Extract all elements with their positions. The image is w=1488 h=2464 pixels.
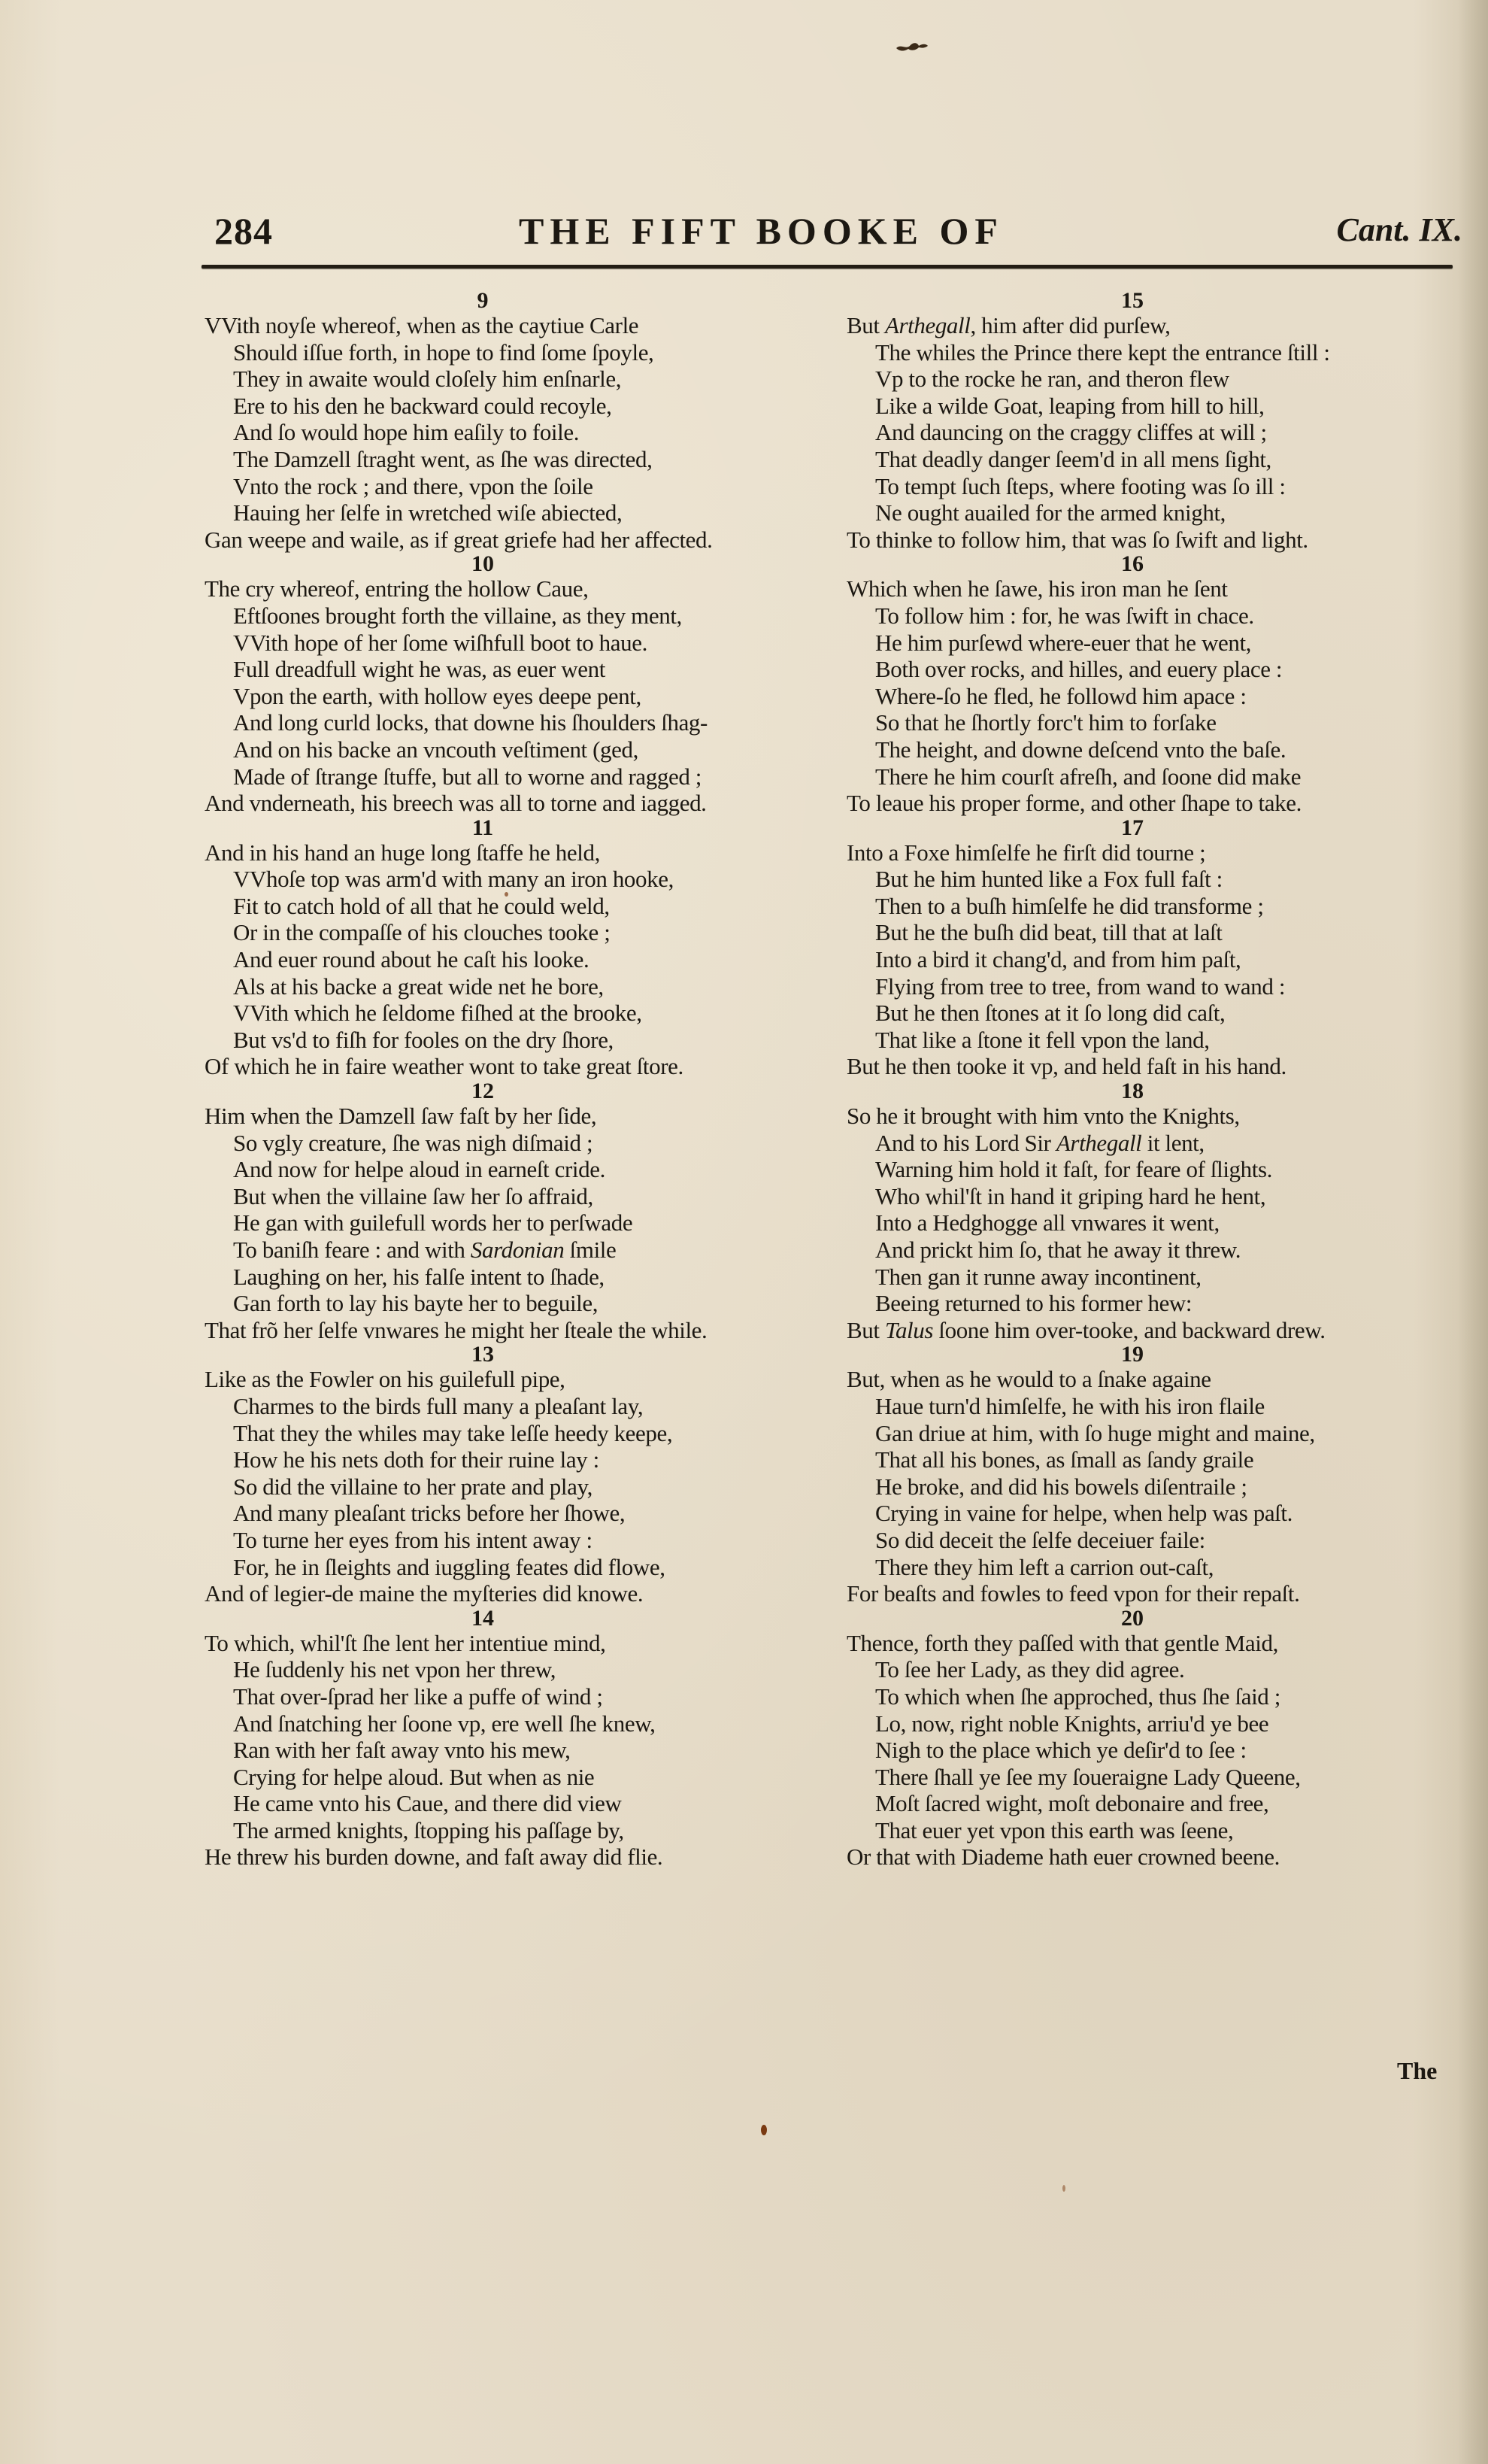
verse-line: Or in the compaſſe of his clouches tooke… <box>205 919 806 946</box>
verse-line: Or that with Diademe hath euer crowned b… <box>847 1843 1463 1871</box>
verse-line: To which when ſhe approched, thus ſhe ſa… <box>847 1683 1463 1710</box>
verse-line: And of legier-de maine the myſteries did… <box>205 1580 806 1607</box>
verse-line: Vp to the rocke he ran, and theron flew <box>847 366 1463 393</box>
verse-line: Flying from tree to tree, from wand to w… <box>847 973 1463 1000</box>
verse-line: Where-ſo he fled, he followd him apace : <box>847 683 1463 710</box>
verse-line: Beeing returned to his former hew: <box>847 1290 1463 1317</box>
verse-line: But he then tooke it vp, and held faſt i… <box>847 1053 1463 1080</box>
verse-line: That all his bones, as ſmall as ſandy gr… <box>847 1446 1463 1473</box>
verse-line: But, when as he would to a ſnake againe <box>847 1366 1463 1393</box>
verse-line: So did the villaine to her prate and pla… <box>205 1473 806 1501</box>
verse-line: Haue turn'd himſelfe, he with his iron f… <box>847 1393 1463 1420</box>
stanza: 16Which when he ſawe, his iron man he ſe… <box>847 553 1463 816</box>
verse-line: Crying in vaine for helpe, when help was… <box>847 1500 1463 1527</box>
stanza-number: 11 <box>205 817 806 839</box>
verse-line: The armed knights, ſtopping his paſſage … <box>205 1817 806 1844</box>
verse-line: And vnderneath, his breech was all to to… <box>205 790 806 817</box>
verse-line: He gan with guilefull words her to perſw… <box>205 1209 806 1237</box>
stanza-number: 13 <box>205 1343 806 1366</box>
verse-line: To which, whil'ſt ſhe lent her intentiue… <box>205 1630 806 1657</box>
stanza-number: 19 <box>847 1343 1463 1366</box>
stanza: 15But Arthegall, him after did purſew,Th… <box>847 290 1463 553</box>
verse-line: VVhoſe top was arm'd with many an iron h… <box>205 866 806 893</box>
stanza-number: 9 <box>205 290 806 312</box>
verse-line: And on his backe an vncouth veſtiment (g… <box>205 736 806 763</box>
verse-line: But when the villaine ſaw her ſo affraid… <box>205 1183 806 1210</box>
verse-line: Gan driue at him, with ſo huge might and… <box>847 1420 1463 1447</box>
left-column: 9VVith noyſe whereof, when as the caytiu… <box>205 290 806 1871</box>
page-number: 284 <box>214 209 273 253</box>
stanza-number: 10 <box>205 553 806 575</box>
stanza: 19But, when as he would to a ſnake again… <box>847 1343 1463 1607</box>
verse-line: And ſnatching her ſoone vp, ere well ſhe… <box>205 1710 806 1737</box>
verse-line: So that he ſhortly forc't him to forſake <box>847 709 1463 736</box>
verse-line: They in awaite would cloſely him enſnarl… <box>205 366 806 393</box>
verse-line: Into a Hedghogge all vnwares it went, <box>847 1209 1463 1237</box>
verse-line: To leaue his proper forme, and other ſha… <box>847 790 1463 817</box>
italic-name: Talus <box>885 1317 933 1343</box>
verse-line: So vgly creature, ſhe was nigh diſmaid ; <box>205 1130 806 1157</box>
verse-line: Which when he ſawe, his iron man he ſent <box>847 575 1463 602</box>
stanza-number: 18 <box>847 1080 1463 1103</box>
verse-line: Hauing her ſelfe in wretched wiſe abiect… <box>205 499 806 526</box>
verse-line: For, he in ſleights and iuggling feates … <box>205 1554 806 1581</box>
stanza: 11And in his hand an huge long ſtaffe he… <box>205 817 806 1080</box>
catchword: The <box>1397 2057 1437 2085</box>
verse-line: But Arthegall, him after did purſew, <box>847 312 1463 339</box>
verse-line: There they him left a carrion out-caſt, <box>847 1554 1463 1581</box>
stanza-number: 15 <box>847 290 1463 312</box>
verse-line: Like as the Fowler on his guilefull pipe… <box>205 1366 806 1393</box>
verse-line: But Talus ſoone him over-tooke, and back… <box>847 1317 1463 1344</box>
verse-line: Moſt ſacred wight, moſt debonaire and fr… <box>847 1790 1463 1817</box>
verse-line: There he him courſt afreſh, and ſoone di… <box>847 763 1463 790</box>
verse-line: And euer round about he caſt his looke. <box>205 946 806 973</box>
running-header: 284 THE FIFT BOOKE OF Cant. IX. <box>214 209 1462 254</box>
verse-line: And long curld locks, that downe his ſho… <box>205 709 806 736</box>
verse-line: He ſuddenly his net vpon her threw, <box>205 1656 806 1683</box>
verse-line: That they the whiles may take leſſe heed… <box>205 1420 806 1447</box>
foxing-spot <box>1062 2185 1065 2192</box>
verse-line: Ne ought auailed for the armed knight, <box>847 499 1463 526</box>
verse-line: And to his Lord Sir Arthegall it lent, <box>847 1130 1463 1157</box>
stanza-number: 14 <box>205 1607 806 1630</box>
verse-line: Gan weepe and waile, as if great griefe … <box>205 526 806 554</box>
verse-line: Als at his backe a great wide net he bor… <box>205 973 806 1000</box>
verse-line: There ſhall ye ſee my ſoueraigne Lady Qu… <box>847 1764 1463 1791</box>
verse-line: But he him hunted like a Fox full faſt : <box>847 866 1463 893</box>
verse-line: Crying for helpe aloud. But when as nie <box>205 1764 806 1791</box>
verse-line: He came vnto his Caue, and there did vie… <box>205 1790 806 1817</box>
right-column: 15But Arthegall, him after did purſew,Th… <box>847 290 1463 1871</box>
verse-line: Eftſoones brought forth the villaine, as… <box>205 602 806 630</box>
verse-line: The height, and downe deſcend vnto the b… <box>847 736 1463 763</box>
italic-name: Arthegall <box>885 312 971 338</box>
verse-line: And dauncing on the craggy cliffes at wi… <box>847 419 1463 446</box>
verse-line: Made of ſtrange ſtuffe, but all to worne… <box>205 763 806 790</box>
verse-line: Nigh to the place which ye deſir'd to ſe… <box>847 1737 1463 1764</box>
verse-line: He him purſewd where-euer that he went, <box>847 630 1463 657</box>
verse-line: But he then ſtones at it ſo long did caſ… <box>847 1000 1463 1027</box>
verse-line: That like a ſtone it fell vpon the land, <box>847 1027 1463 1054</box>
verse-line: Him when the Damzell ſaw faſt by her ſid… <box>205 1103 806 1130</box>
verse-line: Warning him hold it faſt, for feare of ſ… <box>847 1156 1463 1183</box>
verse-line: Vpon the earth, with hollow eyes deepe p… <box>205 683 806 710</box>
verse-line: The cry whereof, entring the hollow Caue… <box>205 575 806 602</box>
verse-line: Into a bird it chang'd, and from him paſ… <box>847 946 1463 973</box>
verse-line: Who whil'ſt in hand it griping hard he h… <box>847 1183 1463 1210</box>
verse-line: Full dreadfull wight he was, as euer wen… <box>205 656 806 683</box>
verse-line: And prickt him ſo, that he away it threw… <box>847 1237 1463 1264</box>
verse-line: Then gan it runne away incontinent, <box>847 1264 1463 1291</box>
verse-line: So did deceit the ſelfe deceiuer faile: <box>847 1527 1463 1554</box>
stanza: 12Him when the Damzell ſaw faſt by her ſ… <box>205 1080 806 1343</box>
verse-line: That deadly danger ſeem'd in all mens ſi… <box>847 446 1463 473</box>
stanza-number: 12 <box>205 1080 806 1103</box>
stanza: 14To which, whil'ſt ſhe lent her intenti… <box>205 1607 806 1871</box>
verse-line: So he it brought with him vnto the Knigh… <box>847 1103 1463 1130</box>
verse-line: Then to a buſh himſelfe he did transform… <box>847 893 1463 920</box>
italic-name: Arthegall <box>1056 1130 1142 1156</box>
stanza-number: 20 <box>847 1607 1463 1630</box>
verse-line: Of which he in faire weather wont to tak… <box>205 1053 806 1080</box>
verse-line: And now for helpe aloud in earneſt cride… <box>205 1156 806 1183</box>
verse-line: The Damzell ſtraght went, as ſhe was dir… <box>205 446 806 473</box>
verse-line: Charmes to the birds full many a pleaſan… <box>205 1393 806 1420</box>
verse-line: For beaſts and fowles to feed vpon for t… <box>847 1580 1463 1607</box>
stanza-number: 16 <box>847 553 1463 575</box>
verse-line: But vs'd to fiſh for fooles on the dry ſ… <box>205 1027 806 1054</box>
verse-line: Laughing on her, his falſe intent to ſha… <box>205 1264 806 1291</box>
verse-line: Ran with her faſt away vnto his mew, <box>205 1737 806 1764</box>
verse-line: He broke, and did his bowels diſentraile… <box>847 1473 1463 1501</box>
verse-line: VVith which he ſeldome fiſhed at the bro… <box>205 1000 806 1027</box>
verse-line: VVith noyſe whereof, when as the caytiue… <box>205 312 806 339</box>
stanza: 9VVith noyſe whereof, when as the caytiu… <box>205 290 806 553</box>
verse-line: And many pleaſant tricks before her ſhow… <box>205 1500 806 1527</box>
verse-line: That over-ſprad her like a puffe of wind… <box>205 1683 806 1710</box>
verse-line: Lo, now, right noble Knights, arriu'd ye… <box>847 1710 1463 1737</box>
verse-line: He threw his burden downe, and faſt away… <box>205 1843 806 1871</box>
verse-line: And in his hand an huge long ſtaffe he h… <box>205 839 806 866</box>
stanza: 17Into a Foxe himſelfe he firſt did tour… <box>847 817 1463 1080</box>
verse-line: Both over rocks, and hilles, and euery p… <box>847 656 1463 683</box>
verse-line: To ſee her Lady, as they did agree. <box>847 1656 1463 1683</box>
verse-line: Like a wilde Goat, leaping from hill to … <box>847 393 1463 420</box>
foxing-spot <box>505 892 508 897</box>
verse-line: That frõ her ſelfe vnwares he might her … <box>205 1317 806 1344</box>
verse-line: Thence, forth they paſſed with that gent… <box>847 1630 1463 1657</box>
verse-line: To baniſh feare : and with Sardonian ſmi… <box>205 1237 806 1264</box>
stanza: 10The cry whereof, entring the hollow Ca… <box>205 553 806 816</box>
verse-line: VVith hope of her ſome wiſhfull boot to … <box>205 630 806 657</box>
verse-line: Ere to his den he backward could recoyle… <box>205 393 806 420</box>
verse-line: Vnto the rock ; and there, vpon the ſoil… <box>205 473 806 500</box>
verse-line: The whiles the Prince there kept the ent… <box>847 339 1463 366</box>
verse-line: Should iſſue forth, in hope to find ſome… <box>205 339 806 366</box>
verse-line: Fit to catch hold of all that he could w… <box>205 893 806 920</box>
verse-line: Into a Foxe himſelfe he firſt did tourne… <box>847 839 1463 866</box>
verse-line: That euer yet vpon this earth was ſeene, <box>847 1817 1463 1844</box>
header-rule <box>202 265 1453 269</box>
stanza: 20Thence, forth they paſſed with that ge… <box>847 1607 1463 1871</box>
foxing-spot <box>761 2125 767 2135</box>
italic-name: Sardonian <box>471 1237 564 1263</box>
verse-line: To turne her eyes from his intent away : <box>205 1527 806 1554</box>
stanza-number: 17 <box>847 817 1463 839</box>
verse-line: To tempt ſuch ſteps, where footing was ſ… <box>847 473 1463 500</box>
canto-reference: Cant. IX. <box>1336 211 1462 249</box>
stanza: 13Like as the Fowler on his guilefull pi… <box>205 1343 806 1607</box>
printer-ornament-icon <box>895 39 929 53</box>
verse-line: And ſo would hope him eaſily to foile. <box>205 419 806 446</box>
verse-line: How he his nets doth for their ruine lay… <box>205 1446 806 1473</box>
verse-line: Gan forth to lay his bayte her to beguil… <box>205 1290 806 1317</box>
verse-line: To thinke to follow him, that was ſo ſwi… <box>847 526 1463 554</box>
stanza: 18So he it brought with him vnto the Kni… <box>847 1080 1463 1343</box>
running-title: THE FIFT BOOKE OF <box>519 209 1004 253</box>
verse-line: To follow him : for, he was ſwift in cha… <box>847 602 1463 630</box>
verse-line: But he the buſh did beat, till that at l… <box>847 919 1463 946</box>
